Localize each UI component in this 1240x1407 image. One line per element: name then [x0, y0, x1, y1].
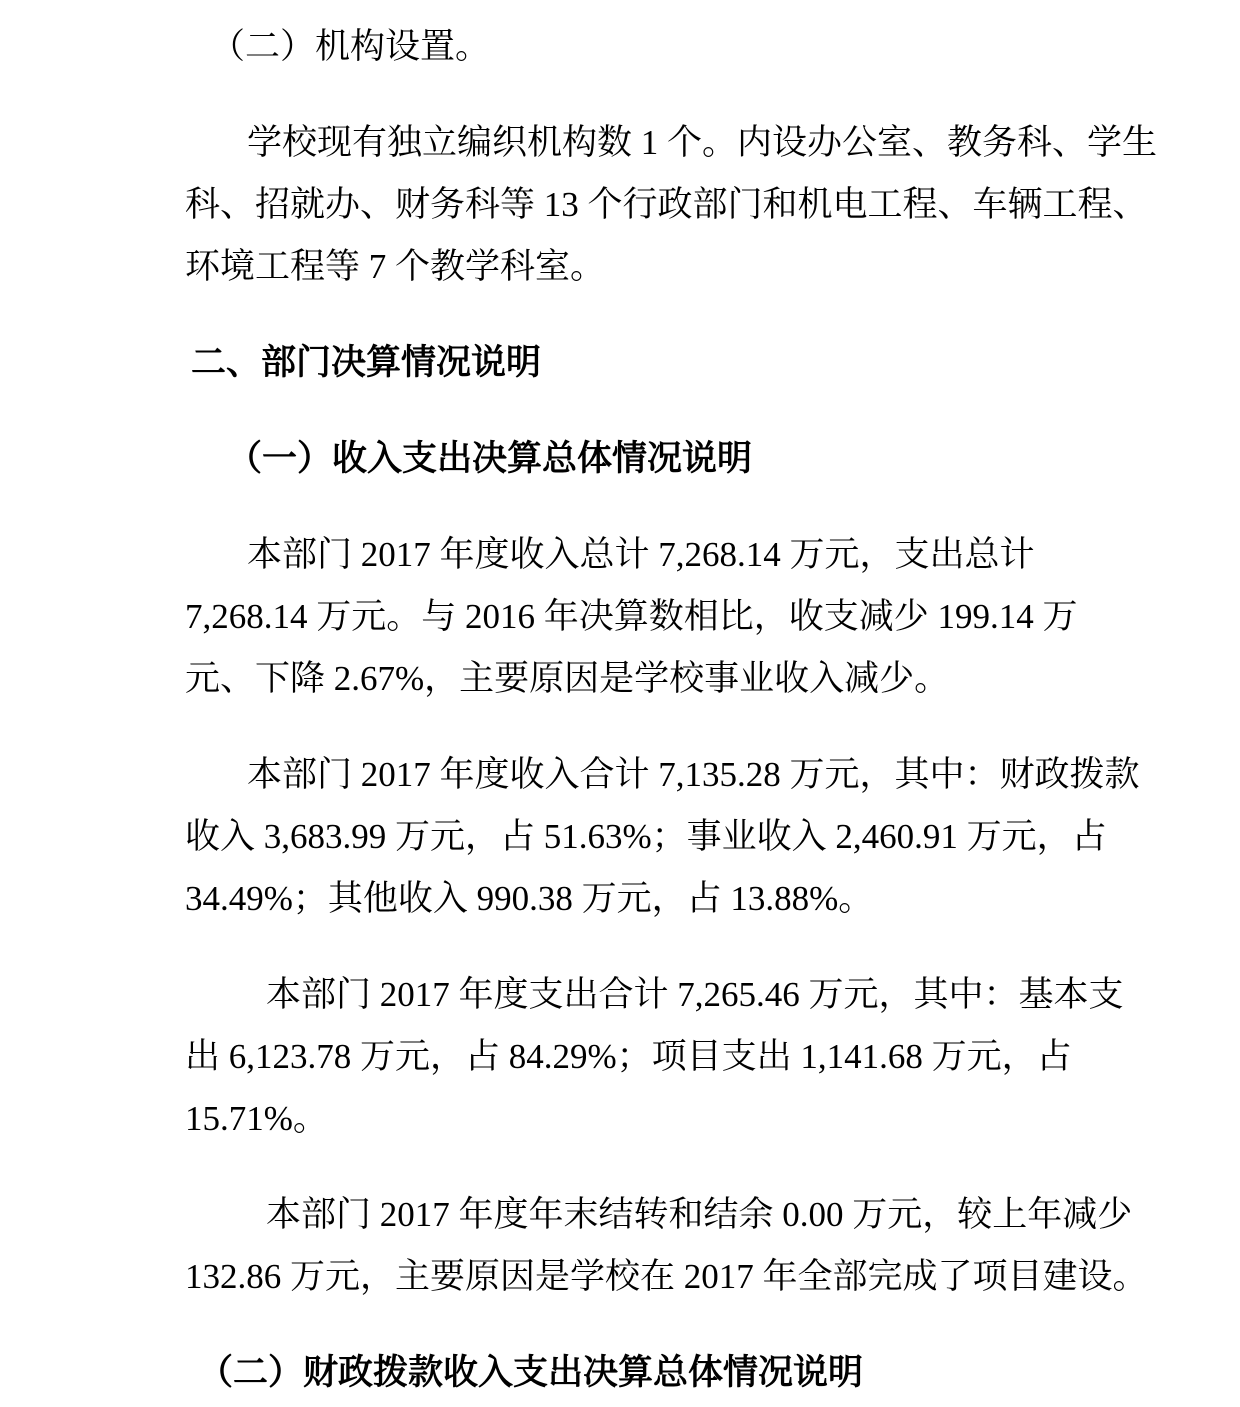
paragraph-income-detail-line-3: 34.49%；其他收入 990.38 万元，占 13.88%。 — [185, 868, 1090, 930]
paragraph-total-income-expense-line-3: 元、下降 2.67%，主要原因是学校事业收入减少。 — [185, 648, 1090, 710]
paragraph-income-detail: 本部门 2017 年度收入合计 7,135.28 万元，其中：财政拨款收入 3,… — [185, 744, 1090, 930]
paragraph-total-income-expense: 本部门 2017 年度收入总计 7,268.14 万元，支出总计7,268.14… — [185, 524, 1090, 710]
paragraph-income-detail-line-1: 本部门 2017 年度收入合计 7,135.28 万元，其中：财政拨款 — [185, 744, 1090, 806]
org-setup-paragraph-line-1: 学校现有独立编织机构数 1 个。内设办公室、教务科、学生 — [185, 112, 1090, 174]
subheading-income-expense-overview-line-1: （一）收入支出决算总体情况说明 — [185, 428, 1090, 490]
org-setup-paragraph-line-3: 环境工程等 7 个教学科室。 — [185, 236, 1090, 298]
paragraph-total-income-expense-line-2: 7,268.14 万元。与 2016 年决算数相比，收支减少 199.14 万 — [185, 586, 1090, 648]
paragraph-carryover-balance: 本部门 2017 年度年末结转和结余 0.00 万元，较上年减少132.86 万… — [185, 1184, 1090, 1308]
paragraph-expense-detail-line-2: 出 6,123.78 万元，占 84.29%；项目支出 1,141.68 万元，… — [185, 1026, 1090, 1088]
document-body: （二）机构设置。学校现有独立编织机构数 1 个。内设办公室、教务科、学生科、招就… — [185, 16, 1090, 1404]
paragraph-carryover-balance-line-2: 132.86 万元，主要原因是学校在 2017 年全部完成了项目建设。 — [185, 1246, 1090, 1308]
subheading-fiscal-appropriation-overview: （二）财政拨款收入支出决算总体情况说明 — [185, 1342, 1090, 1404]
paragraph-income-detail-line-2: 收入 3,683.99 万元，占 51.63%；事业收入 2,460.91 万元… — [185, 806, 1090, 868]
subheading-fiscal-appropriation-overview-line-1: （二）财政拨款收入支出决算总体情况说明 — [185, 1342, 1090, 1404]
paragraph-total-income-expense-line-1: 本部门 2017 年度收入总计 7,268.14 万元，支出总计 — [185, 524, 1090, 586]
document-page: （二）机构设置。学校现有独立编织机构数 1 个。内设办公室、教务科、学生科、招就… — [0, 0, 1240, 1407]
paragraph-carryover-balance-line-1: 本部门 2017 年度年末结转和结余 0.00 万元，较上年减少 — [185, 1184, 1090, 1246]
org-setup-heading-line-1: （二）机构设置。 — [185, 16, 1090, 78]
paragraph-expense-detail-line-3: 15.71%。 — [185, 1088, 1090, 1150]
org-setup-paragraph: 学校现有独立编织机构数 1 个。内设办公室、教务科、学生科、招就办、财务科等 1… — [185, 112, 1090, 298]
section-heading-final-accounts: 二、部门决算情况说明 — [185, 332, 1090, 394]
section-heading-final-accounts-line-1: 二、部门决算情况说明 — [185, 332, 1090, 394]
org-setup-heading: （二）机构设置。 — [185, 16, 1090, 78]
paragraph-expense-detail-line-1: 本部门 2017 年度支出合计 7,265.46 万元，其中：基本支 — [185, 964, 1090, 1026]
org-setup-paragraph-line-2: 科、招就办、财务科等 13 个行政部门和机电工程、车辆工程、 — [185, 174, 1090, 236]
paragraph-expense-detail: 本部门 2017 年度支出合计 7,265.46 万元，其中：基本支出 6,12… — [185, 964, 1090, 1150]
subheading-income-expense-overview: （一）收入支出决算总体情况说明 — [185, 428, 1090, 490]
